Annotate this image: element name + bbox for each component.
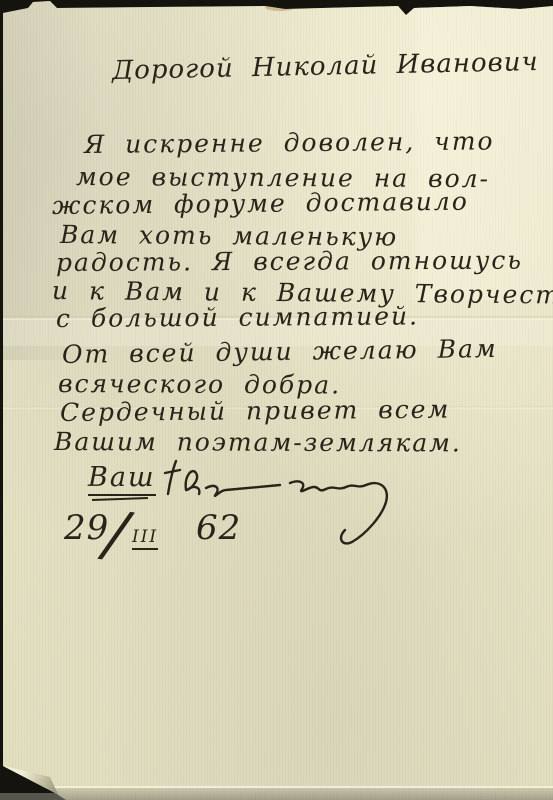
scanned-letter-background: Дорогой Николай Иванович! Я искренне дов…	[0, 0, 553, 800]
signature-line: Ваш	[88, 462, 156, 496]
date-year: 62	[196, 508, 241, 548]
body-line: жском форуме доставило	[52, 187, 469, 220]
letter-paper: Дорогой Николай Иванович! Я искренне дов…	[0, 0, 553, 800]
date-month: III	[132, 527, 158, 550]
bottom-edge-strip	[40, 788, 553, 800]
paper-stain	[265, 4, 295, 11]
body-line: всяческого добра.	[58, 369, 341, 399]
signature-prefix: Ваш	[88, 462, 156, 496]
body-line: с большой симпатией.	[56, 301, 419, 333]
body-line: Я искренне доволен, что	[84, 126, 495, 159]
body-line: Сердечный привет всем	[60, 395, 451, 427]
body-line: От всей души желаю Вам	[62, 334, 498, 369]
date-day: 29	[64, 508, 109, 548]
body-line: радость. Я всегда отношусь	[56, 246, 523, 277]
